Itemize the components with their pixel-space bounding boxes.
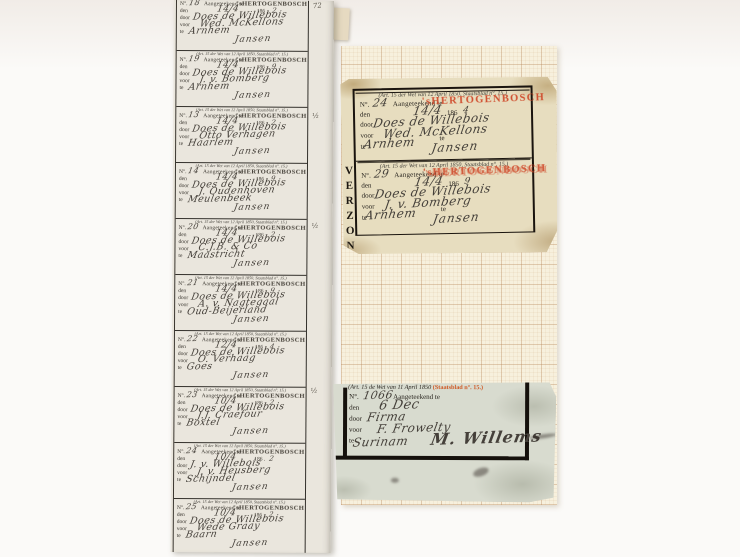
- form-label-te: te: [178, 365, 182, 371]
- receipt-piece-top: VERZON (Art. 15 der Wet van 12 April 185…: [340, 75, 559, 256]
- handwritten-destination: Boxtel: [185, 417, 221, 429]
- receipt-form-block: (Art. 15 der Wet van 12 April 1850, Staa…: [176, 163, 307, 220]
- form-label-te: te: [179, 85, 183, 91]
- form-label-den: den: [361, 182, 371, 190]
- receipt-form-block: (Art. 15 der Wet van 12 April 1850, Staa…: [174, 443, 305, 500]
- form-label-den: den: [180, 64, 188, 70]
- handwritten-number: 29: [373, 167, 390, 181]
- clerk-signature: Jansen: [231, 482, 269, 493]
- receipt-form-block: (Art. 15 der Wet van 12 April 1850, Staa…: [356, 158, 533, 231]
- form-label-door: door: [177, 463, 187, 469]
- ink-blot: [472, 466, 490, 479]
- form-label-te: te: [180, 29, 184, 35]
- form-label-door: door: [177, 519, 187, 525]
- clerk-signature: Jansen: [234, 34, 272, 45]
- handwritten-year-digit: 2: [268, 455, 274, 463]
- margin-handwritten-note: ½: [311, 222, 319, 231]
- handwritten-number: 24: [185, 446, 198, 455]
- frame-left-bar: [343, 388, 347, 458]
- receipt-piece-bottom: (Art. 15 de Wet van 11 April 1850 (Staat…: [333, 382, 556, 503]
- margin-handwritten-note: 72: [313, 1, 323, 10]
- form-label-door: door: [361, 191, 374, 199]
- paper-tab: [331, 8, 350, 41]
- receipt-frame: (Art. 15 der Wet van 12 April 1850, Staa…: [353, 85, 536, 235]
- form-label-door: door: [360, 120, 373, 128]
- handwritten-number: 18: [188, 0, 201, 7]
- receipt-form-block: (Art. 15 der Wet van 12 April 1850, Staa…: [176, 107, 307, 164]
- form-label-no: N°.: [178, 337, 186, 343]
- clerk-signature: M. Willems: [429, 426, 543, 449]
- clerk-signature: Jansen: [231, 538, 269, 549]
- handwritten-destination: Haarlem: [187, 137, 234, 149]
- form-label-te: te: [178, 309, 182, 315]
- form-label-den: den: [179, 120, 187, 126]
- clerk-signature: Jansen: [232, 258, 270, 269]
- form-label-no: N°.: [179, 113, 187, 119]
- form-label-no: N°.: [177, 449, 185, 455]
- form-label-den: den: [178, 344, 186, 350]
- receipt-strip: (Art. 15 der Wet van 12 April 1850, Staa…: [171, 0, 334, 553]
- handwritten-destination: Baarn: [185, 529, 218, 541]
- handwritten-destination: Goes: [186, 361, 214, 373]
- form-label-den: den: [349, 404, 359, 412]
- clerk-signature: Jansen: [233, 146, 271, 157]
- form-label-no: N°.: [180, 57, 188, 63]
- form-label-voor: voor: [178, 246, 188, 252]
- handwritten-number: 13: [187, 110, 200, 119]
- form-label-voor: voor: [349, 426, 362, 434]
- form-label-door: door: [349, 415, 362, 423]
- clerk-signature: Jansen: [432, 210, 481, 227]
- form-label-den: den: [178, 288, 186, 294]
- margin-handwritten-note: ½: [312, 112, 320, 121]
- handwritten-number: 21: [186, 278, 199, 287]
- form-label-te: te: [179, 141, 183, 147]
- form-label-no: N°.: [360, 101, 370, 109]
- receipt-form-block: (Art. 15 der Wet van 12 April 1850, Staa…: [174, 499, 305, 553]
- form-label-door: door: [178, 295, 188, 301]
- form-label-den: den: [177, 512, 185, 518]
- form-label-den: den: [180, 8, 188, 14]
- clerk-signature: Jansen: [431, 139, 480, 156]
- receipt-form-block: (Art. 15 der Wet van 12 April 1850, Staa…: [175, 219, 306, 276]
- form-label-te: te: [178, 253, 182, 259]
- handwritten-destination: Schijndel: [185, 472, 236, 484]
- handwritten-destination: Arnhem: [362, 135, 415, 152]
- form-label-te: te: [177, 477, 181, 483]
- form-label-voor: voor: [178, 302, 188, 308]
- printed-header-red-stamp: (Staatsblad n°. 15.): [433, 384, 483, 391]
- receipt-form-block: (Art. 15 der Wet van 12 April 1850, Staa…: [174, 387, 305, 444]
- form-label-no: N°.: [179, 169, 187, 175]
- strip-margin-column: 72½½½: [305, 0, 332, 553]
- form-label-no: N°.: [179, 225, 187, 231]
- form-label-te: te: [177, 533, 181, 539]
- margin-handwritten-note: ½: [310, 387, 318, 396]
- clerk-signature: Jansen: [232, 370, 270, 381]
- form-label-voor: voor: [179, 190, 189, 196]
- clerk-signature: Jansen: [231, 426, 269, 437]
- handwritten-destination: Arnhem: [364, 206, 417, 223]
- form-label-den: den: [177, 456, 185, 462]
- handwritten-number: 22: [186, 334, 199, 343]
- form-label-no: N°.: [361, 172, 371, 180]
- clerk-signature: Jansen: [232, 314, 270, 325]
- receipt-form-block: (Art. 15 der Wet van 12 April 1850, Staa…: [175, 331, 306, 388]
- form-label-door: door: [179, 127, 189, 133]
- form-label-te: te: [179, 197, 183, 203]
- form-label-no: N°.: [178, 393, 186, 399]
- form-label-den: den: [179, 176, 187, 182]
- form-label-no: N°.: [349, 393, 359, 401]
- clerk-signature: Jansen: [233, 202, 271, 213]
- ink-blot: [391, 478, 399, 483]
- receipt-form-block: (Art. 15 der Wet van 12 April 1850, Staa…: [176, 51, 307, 108]
- form-label-door: door: [178, 351, 188, 357]
- handwritten-number: 25: [185, 502, 198, 511]
- frame-bottom-bar: [333, 456, 529, 460]
- clerk-signature: Jansen: [234, 90, 272, 101]
- photo-of-postal-receipts: (Art. 15 der Wet van 12 April 1850, Staa…: [0, 0, 740, 557]
- handwritten-destination: Arnhem: [187, 81, 230, 93]
- form-label-den: den: [178, 400, 186, 406]
- form-label-den: den: [360, 111, 370, 119]
- frame-right-bar: [525, 382, 529, 460]
- form-label-door: door: [179, 183, 189, 189]
- strip-form-column: (Art. 15 der Wet van 12 April 1850, Staa…: [173, 0, 309, 553]
- form-label-no: N°.: [178, 281, 186, 287]
- receipt-form-block: (Art. 15 der Wet van 12 April 1850, Staa…: [175, 275, 306, 332]
- form-label-den: den: [179, 232, 187, 238]
- form-label-door: door: [177, 407, 187, 413]
- form-label-te: te: [177, 421, 181, 427]
- form-label-door: door: [179, 239, 189, 245]
- handwritten-number: 19: [188, 54, 201, 63]
- handwritten-destination: Surinam: [352, 434, 410, 450]
- handwritten-number: 24: [372, 96, 389, 110]
- receipt-form-block: (Art. 15 der Wet van 12 April 1850, Staa…: [355, 87, 532, 161]
- handwritten-number: 23: [186, 390, 199, 399]
- form-label-no: N°.: [177, 505, 185, 511]
- form-label-no: N°.: [180, 1, 188, 7]
- receipt-form-block: (Art. 15 der Wet van 12 April 1850, Staa…: [177, 0, 308, 52]
- form-label-door: door: [180, 15, 190, 21]
- handwritten-destination: Arnhem: [188, 25, 231, 37]
- form-label-door: door: [180, 71, 190, 77]
- handwritten-number: 14: [187, 166, 200, 175]
- handwritten-number: 20: [187, 222, 200, 231]
